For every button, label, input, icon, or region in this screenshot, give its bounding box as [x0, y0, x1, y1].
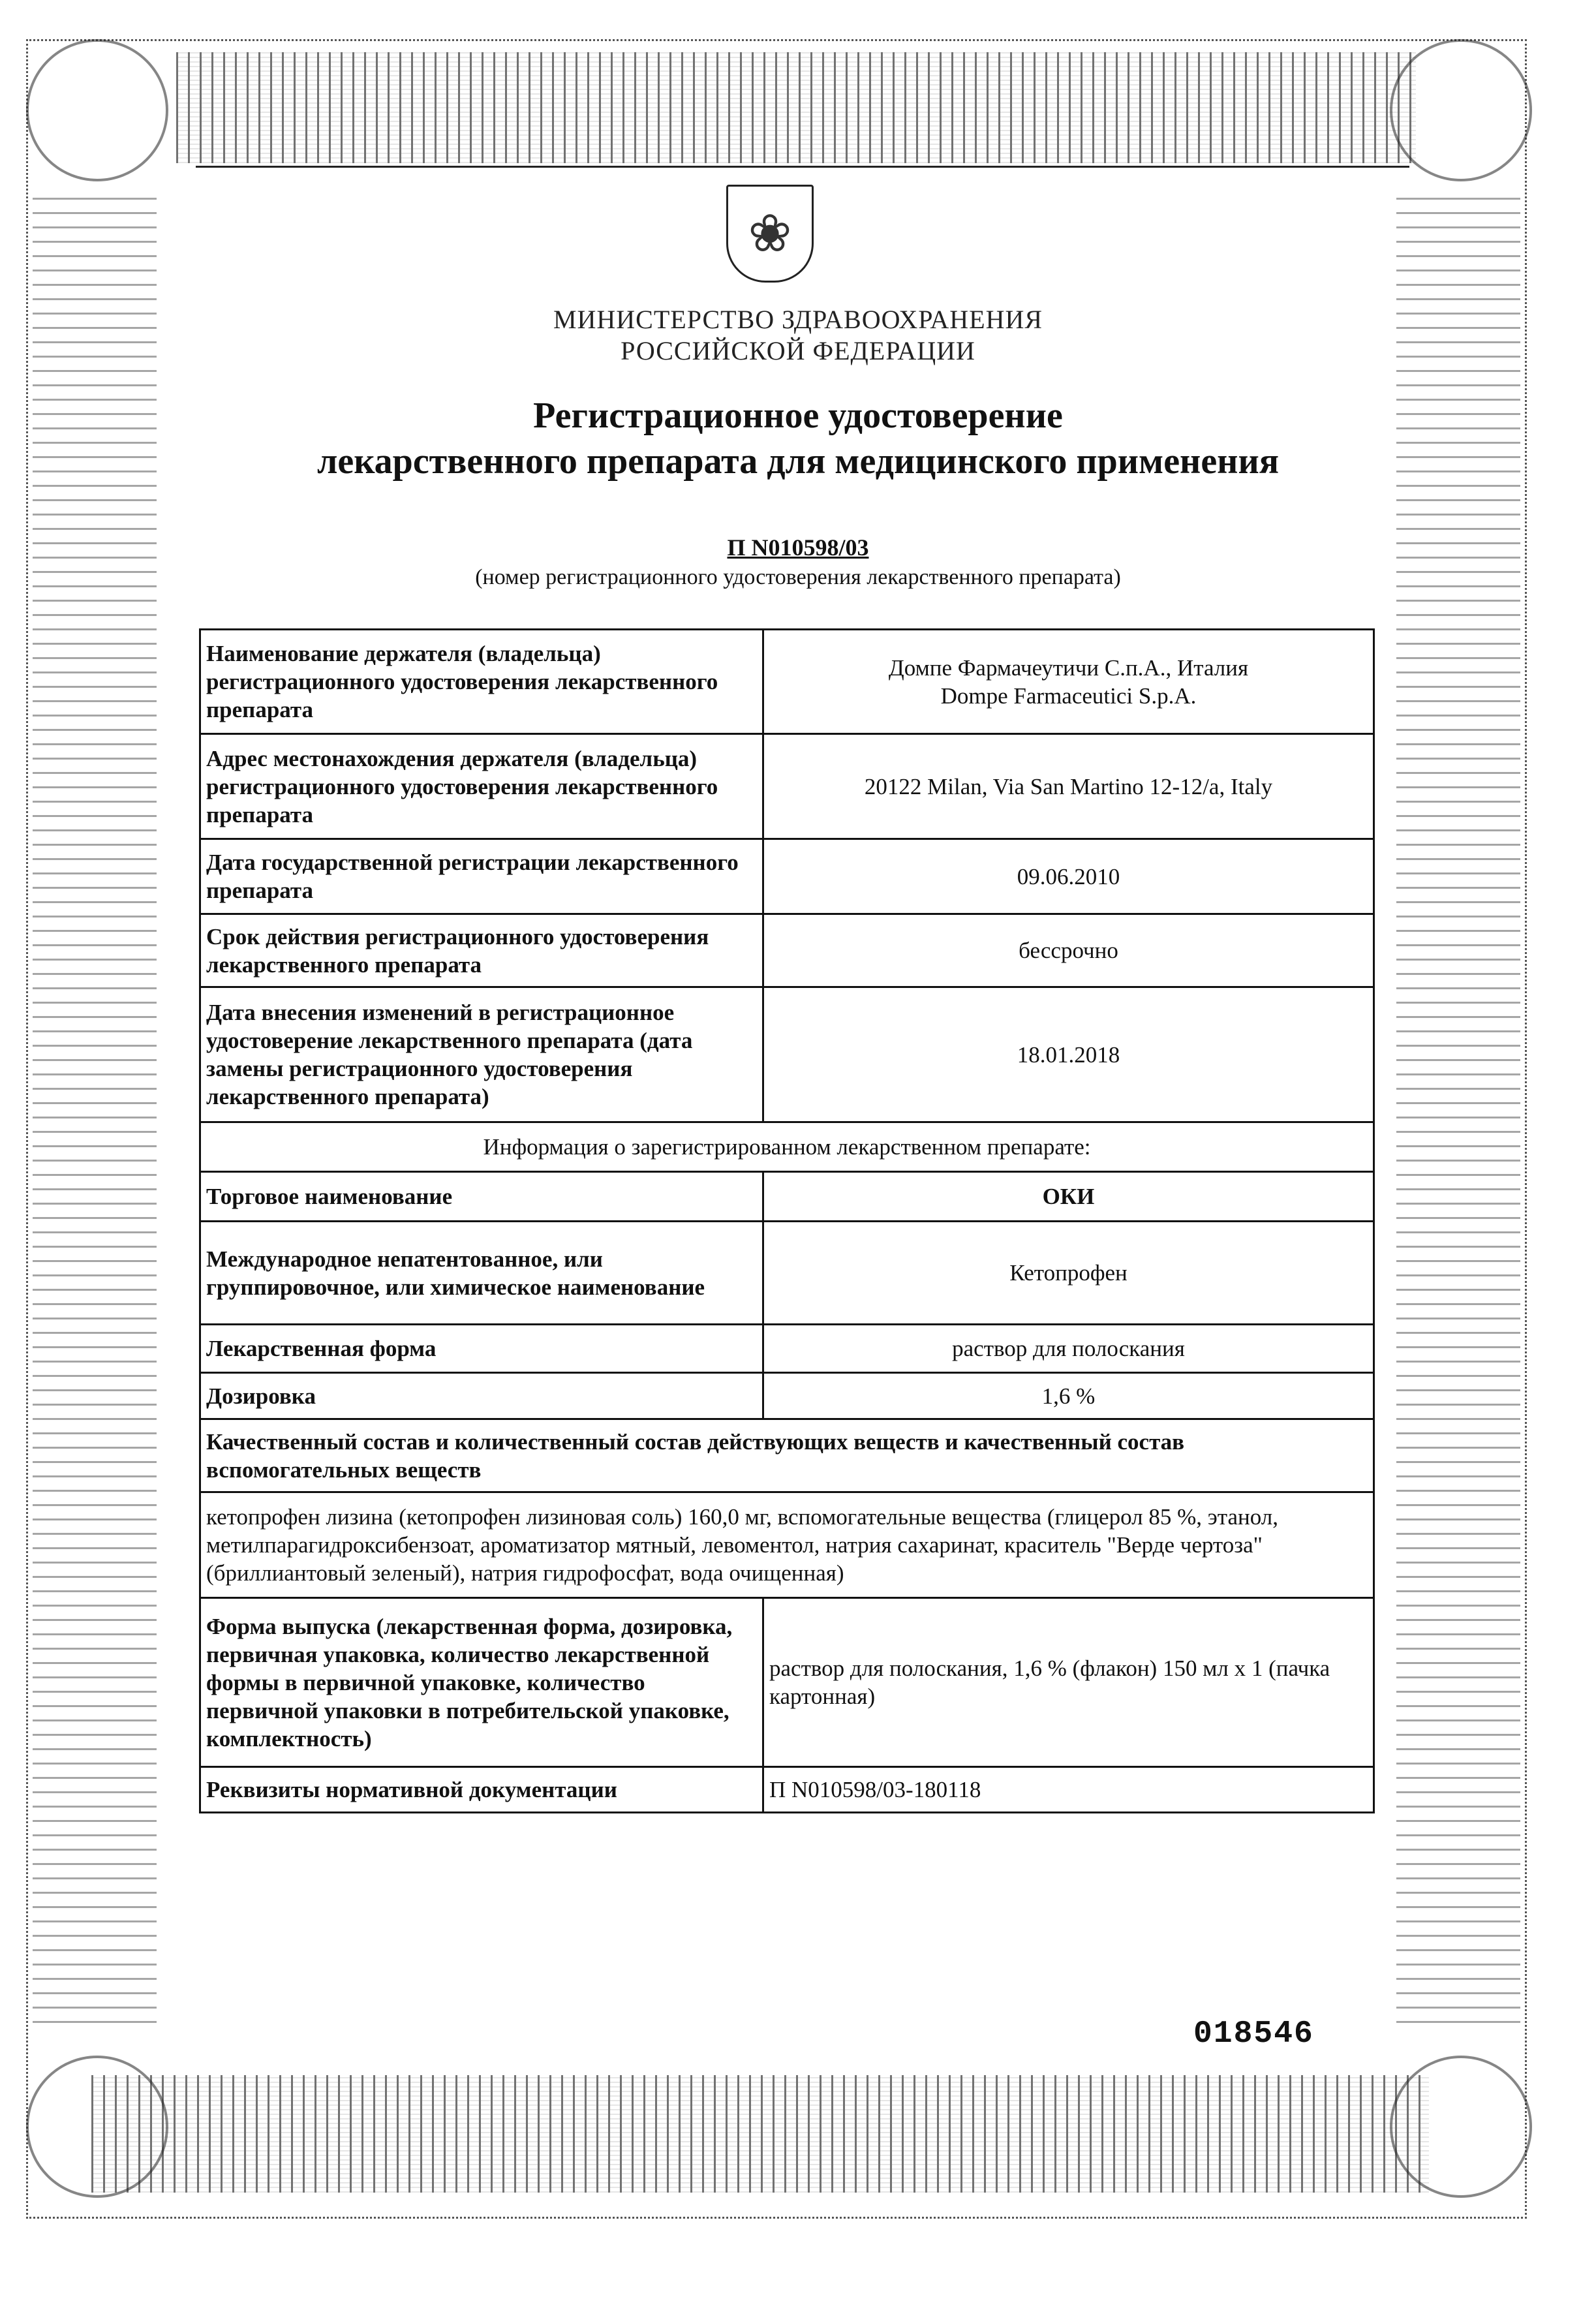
table-row-dosage-form: Лекарственная форма раствор для полоскан…	[200, 1325, 1374, 1373]
table-row-info-heading: Информация о зарегистрированном лекарств…	[200, 1122, 1374, 1172]
registration-date-value: 09.06.2010	[763, 839, 1374, 914]
release-form-label: Форма выпуска (лекарственная форма, дози…	[200, 1598, 763, 1767]
table-row-inn: Международное непатентованное, или групп…	[200, 1222, 1374, 1325]
registration-number-caption: (номер регистрационного удостоверения ле…	[0, 565, 1596, 590]
holder-address-value: 20122 Milan, Via San Martino 12-12/a, It…	[763, 734, 1374, 839]
table-row-composition-label: Качественный состав и количественный сос…	[200, 1419, 1374, 1492]
release-form-value: раствор для полоскания, 1,6 % (флакон) 1…	[763, 1598, 1374, 1767]
composition-label: Качественный состав и количественный сос…	[200, 1419, 1374, 1492]
document-title-line2: лекарственного препарата для медицинског…	[0, 440, 1596, 482]
table-row-holder-address: Адрес местонахождения держателя (владель…	[200, 734, 1374, 839]
table-row-holder-name: Наименование держателя (владельца) регис…	[200, 630, 1374, 734]
certificate-table: Наименование держателя (владельца) регис…	[199, 628, 1375, 1813]
table-row-validity: Срок действия регистрационного удостовер…	[200, 914, 1374, 987]
holder-name-value: Домпе Фармачеутичи С.п.А., Италия Dompe …	[763, 630, 1374, 734]
normative-doc-label: Реквизиты нормативной документации	[200, 1767, 763, 1813]
border-ornament-top	[176, 52, 1416, 163]
dosage-form-label: Лекарственная форма	[200, 1325, 763, 1373]
holder-name-en: Dompe Farmaceutici S.p.A.	[769, 682, 1368, 710]
changes-date-label: Дата внесения изменений в регистрационно…	[200, 987, 763, 1122]
validity-value: бессрочно	[763, 914, 1374, 987]
corner-rosette-icon	[1390, 39, 1532, 181]
holder-name-ru: Домпе Фармачеутичи С.п.А., Италия	[769, 654, 1368, 682]
holder-name-label: Наименование держателя (владельца) регис…	[200, 630, 763, 734]
ministry-name-line1: МИНИСТЕРСТВО ЗДРАВООХРАНЕНИЯ	[0, 304, 1596, 335]
registration-date-label: Дата государственной регистрации лекарст…	[200, 839, 763, 914]
table-row-changes-date: Дата внесения изменений в регистрационно…	[200, 987, 1374, 1122]
inn-label: Международное непатентованное, или групп…	[200, 1222, 763, 1325]
blank-serial-number: 018546	[1193, 2016, 1314, 2052]
dosage-value: 1,6 %	[763, 1373, 1374, 1419]
table-row-dosage: Дозировка 1,6 %	[200, 1373, 1374, 1419]
table-row-normative-doc: Реквизиты нормативной документации П N01…	[200, 1767, 1374, 1813]
normative-doc-value: П N010598/03-180118	[763, 1767, 1374, 1813]
table-row-trade-name: Торговое наименование ОКИ	[200, 1172, 1374, 1222]
corner-rosette-icon	[1390, 2056, 1532, 2198]
table-row-registration-date: Дата государственной регистрации лекарст…	[200, 839, 1374, 914]
trade-name-value: ОКИ	[763, 1172, 1374, 1222]
table-row-release-form: Форма выпуска (лекарственная форма, дози…	[200, 1598, 1374, 1767]
corner-rosette-icon	[26, 39, 168, 181]
changes-date-value: 18.01.2018	[763, 987, 1374, 1122]
validity-label: Срок действия регистрационного удостовер…	[200, 914, 763, 987]
inner-frame-line	[196, 166, 1409, 168]
registration-number: П N010598/03	[0, 534, 1596, 561]
table-row-composition: кетопрофен лизина (кетопрофен лизиновая …	[200, 1492, 1374, 1598]
dosage-form-value: раствор для полоскания	[763, 1325, 1374, 1373]
corner-rosette-icon	[26, 2056, 168, 2198]
inn-value: Кетопрофен	[763, 1222, 1374, 1325]
trade-name-label: Торговое наименование	[200, 1172, 763, 1222]
info-heading: Информация о зарегистрированном лекарств…	[200, 1122, 1374, 1172]
dosage-label: Дозировка	[200, 1373, 763, 1419]
document-title-line1: Регистрационное удостоверение	[0, 395, 1596, 437]
border-ornament-bottom	[91, 2075, 1429, 2193]
composition-value: кетопрофен лизина (кетопрофен лизиновая …	[200, 1492, 1374, 1598]
coat-of-arms-icon: ❀	[726, 185, 814, 283]
ministry-name-line2: РОССИЙСКОЙ ФЕДЕРАЦИИ	[0, 335, 1596, 366]
holder-address-label: Адрес местонахождения держателя (владель…	[200, 734, 763, 839]
